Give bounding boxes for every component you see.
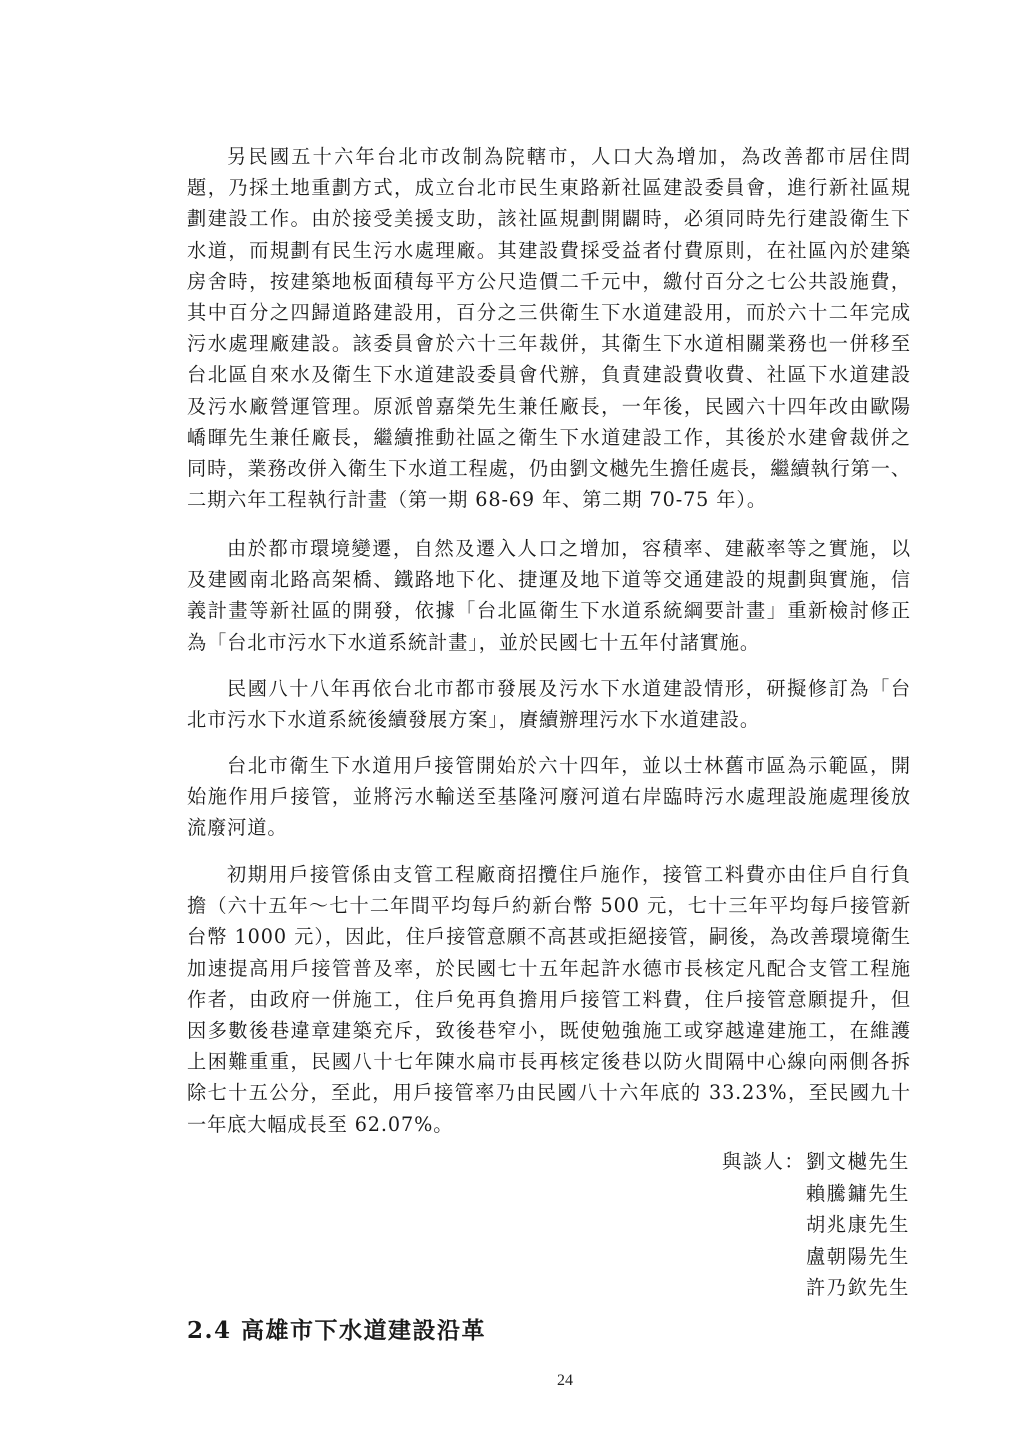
interviewee-name: 盧朝陽先生 (806, 1241, 916, 1273)
interviewee-name: 許乃欽先生 (806, 1272, 916, 1304)
interviewee-row: 許乃欽先生 (722, 1272, 916, 1304)
text-line: 由於都市環境變遷，自然及遷入人口之增加，容積率、建蔽率等之實施，以 (187, 533, 911, 564)
interviewee-row: 與談人： 劉文樾先生 (722, 1146, 916, 1178)
text-line: 劃建設工作。由於接受美援支助，該社區規劃開闢時，必須同時先行建設衛生下 (187, 203, 911, 234)
document-page: 另民國五十六年台北市改制為院轄市，人口大為增加，為改善都市居住問 題，乃採土地重… (0, 0, 1024, 1450)
text-line: 水道，而規劃有民生污水處理廠。其建設費採受益者付費原則，在社區內於建築 (187, 235, 911, 266)
text-line: 及建國南北路高架橋、鐵路地下化、捷運及地下道等交通建設的規劃與實施，信 (187, 564, 911, 595)
text-line: 一年底大幅成長至 62.07%。 (187, 1109, 911, 1140)
paragraph-1999-revision: 民國八十八年再依台北市都市發展及污水下水道建設情形，研擬修訂為「台 北市污水下水… (187, 673, 911, 735)
text-line: 流廢河道。 (187, 812, 911, 843)
text-line: 房舍時，按建築地板面積每平方公尺造價二千元中，繳付百分之七公共設施費， (187, 266, 911, 297)
text-line: 另民國五十六年台北市改制為院轄市，人口大為增加，為改善都市居住問 (187, 141, 911, 172)
text-line: 義計畫等新社區的開發，依據「台北區衛生下水道系統綱要計畫」重新檢討修正 (187, 595, 911, 626)
interviewee-name: 賴騰鏞先生 (806, 1178, 916, 1210)
interviewee-name: 胡兆康先生 (806, 1209, 916, 1241)
interviewee-label: 與談人： (722, 1146, 806, 1178)
text-line: 及污水廠營運管理。原派曾嘉榮先生兼任廠長，一年後，民國六十四年改由歐陽 (187, 391, 911, 422)
text-line: 初期用戶接管係由支管工程廠商招攬住戶施作，接管工料費亦由住戶自行負 (187, 859, 911, 890)
text-line: 擔（六十五年～七十二年間平均每戶約新台幣 500 元，七十三年平均每戶接管新 (187, 890, 911, 921)
text-line: 其中百分之四歸道路建設用，百分之三供衛生下水道建設用，而於六十二年完成 (187, 297, 911, 328)
text-line: 因多數後巷違章建築充斥，致後巷窄小，既使勉強施工或穿越違建施工，在維護 (187, 1015, 911, 1046)
text-line: 題，乃採土地重劃方式，成立台北市民生東路新社區建設委員會，進行新社區規 (187, 172, 911, 203)
interviewee-name: 劉文樾先生 (806, 1146, 916, 1178)
text-line: 台幣 1000 元），因此，住戶接管意願不高甚或拒絕接管，嗣後，為改善環境衛生 (187, 921, 911, 952)
text-line: 民國八十八年再依台北市都市發展及污水下水道建設情形，研擬修訂為「台 (187, 673, 911, 704)
interviewee-list: 與談人： 劉文樾先生 賴騰鏞先生 胡兆康先生 盧朝陽先生 許乃欽先生 (722, 1146, 916, 1304)
text-line: 台北區自來水及衛生下水道建設委員會代辦，負責建設費收費、社區下水道建設 (187, 359, 911, 390)
text-line: 二期六年工程執行計畫（第一期 68-69 年、第二期 70-75 年）。 (187, 484, 911, 515)
paragraph-sewer-plan-revision: 由於都市環境變遷，自然及遷入人口之增加，容積率、建蔽率等之實施，以 及建國南北路… (187, 533, 911, 658)
text-line: 嶠暉先生兼任廠長，繼續推動社區之衛生下水道建設工作，其後於水建會裁併之 (187, 422, 911, 453)
text-line: 為「台北市污水下水道系統計畫」，並於民國七十五年付諸實施。 (187, 627, 911, 658)
text-line: 作者，由政府一併施工，住戶免再負擔用戶接管工料費，住戶接管意願提升，但 (187, 984, 911, 1015)
text-line: 上困難重重，民國八十七年陳水扁市長再核定後巷以防火間隔中心線向兩側各拆 (187, 1046, 911, 1077)
paragraph-connection-rate: 初期用戶接管係由支管工程廠商招攬住戶施作，接管工料費亦由住戶自行負 擔（六十五年… (187, 859, 911, 1140)
paragraph-household-connection-start: 台北市衛生下水道用戶接管開始於六十四年，並以士林舊市區為示範區，開 始施作用戶接… (187, 750, 911, 844)
interviewee-row: 胡兆康先生 (722, 1209, 916, 1241)
text-line: 北市污水下水道系統後續發展方案」，賡續辦理污水下水道建設。 (187, 704, 911, 735)
text-line: 加速提高用戶接管普及率，於民國七十五年起許水德市長核定凡配合支管工程施 (187, 953, 911, 984)
interviewee-row: 賴騰鏞先生 (722, 1178, 916, 1210)
text-line: 除七十五公分，至此，用戶接管率乃由民國八十六年底的 33.23%，至民國九十 (187, 1077, 911, 1108)
page-number: 24 (557, 1372, 573, 1390)
text-line: 台北市衛生下水道用戶接管開始於六十四年，並以士林舊市區為示範區，開 (187, 750, 911, 781)
text-line: 始施作用戶接管，並將污水輸送至基隆河廢河道右岸臨時污水處理設施處理後放 (187, 781, 911, 812)
paragraph-minsheng-community: 另民國五十六年台北市改制為院轄市，人口大為增加，為改善都市居住問 題，乃採土地重… (187, 141, 911, 515)
text-line: 污水處理廠建設。該委員會於六十三年裁併，其衛生下水道相關業務也一併移至 (187, 328, 911, 359)
interviewee-row: 盧朝陽先生 (722, 1241, 916, 1273)
section-heading: 2.4 高雄市下水道建設沿革 (187, 1312, 486, 1345)
text-line: 同時，業務改併入衛生下水道工程處，仍由劉文樾先生擔任處長，繼續執行第一、 (187, 453, 911, 484)
